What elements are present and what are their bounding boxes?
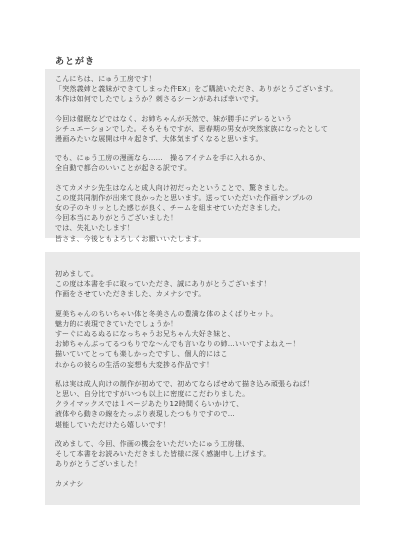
- publisher-paragraph-greeting: こんにちは、にゅう工房です！ 「突然義姉と義妹ができてしまった件EX」をご購読い…: [55, 74, 350, 105]
- publisher-paragraph-thanks: さてカメナシ先生はなんと成人向け初だったということで、驚きました。 この度共同制…: [55, 183, 350, 244]
- publisher-note-panel: こんにちは、にゅう工房です！ 「突然義姉と義妹ができてしまった件EX」をご購読い…: [45, 69, 360, 238]
- artist-note-panel: 初めまして。 この度は本書を手に取っていただき、誠にありがとうございます！ 作画…: [45, 252, 360, 505]
- artist-paragraph-effort: 私は実は成人向けの制作が初めてで、初めてならばせめて描き込み頑張らねば！ と思い…: [55, 379, 350, 430]
- publisher-paragraph-premise: でも、にゅう工房の漫画なら…… 操るアイテムを手に入れるか、 全自動で都合のいい…: [55, 153, 350, 173]
- artist-signature: カメナシ: [55, 479, 350, 489]
- artist-paragraph-greeting: 初めまして。 この度は本書を手に取っていただき、誠にありがとうございます！ 作画…: [55, 269, 350, 300]
- publisher-paragraph-concept: 今回は催眠などではなく、お姉ちゃんが天然で、妹が勝手にデレるという シチュエーシ…: [55, 114, 350, 145]
- page-title: あとがき: [55, 54, 95, 67]
- artist-paragraph-thanks: 改めまして、今回、作画の機会をいただいたにゅう工房様、 そして本書をお読みいただ…: [55, 439, 350, 470]
- artist-paragraph-characters: 夏美ちゃんのちいちゃい体と冬美さんの豊満な体のよくばりセット。 魅力的に表現でき…: [55, 309, 350, 370]
